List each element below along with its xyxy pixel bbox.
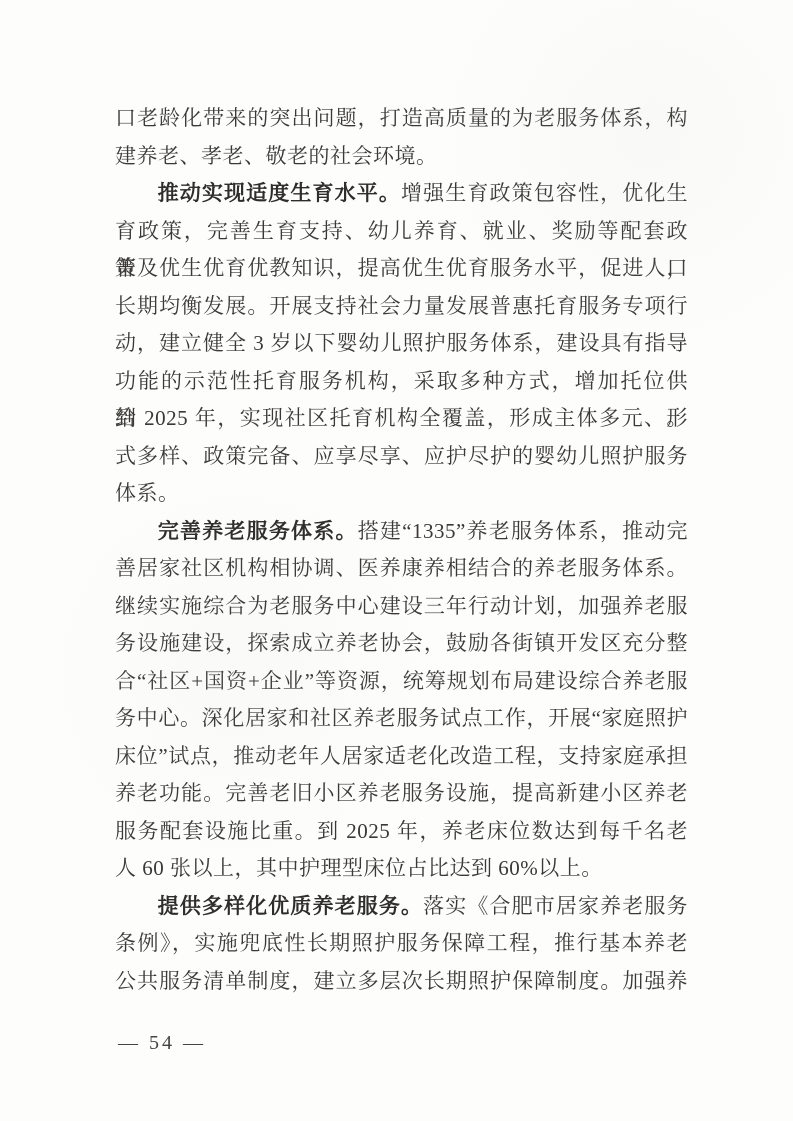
paragraph-indent xyxy=(115,199,157,200)
text-line: 长期均衡发展。开展支持社会力量发展普惠托育服务专项行 xyxy=(115,288,688,326)
text-line: 建养老、孝老、敬老的社会环境。 xyxy=(115,138,688,176)
text-line: 务中心。深化居家和社区养老服务试点工作，开展“家庭照护 xyxy=(115,700,688,738)
text-line: 人 60 张以上，其中护理型床位占比达到 60%以上。 xyxy=(115,850,688,888)
page-number: — 54 — xyxy=(118,1028,206,1058)
text-line: 育政策，完善生育支持、幼儿养育、就业、奖励等配套政策， xyxy=(115,213,688,251)
paragraph-lead: 完善养老服务体系。 xyxy=(157,519,358,543)
text-line: 善居家社区机构相协调、医养康养相结合的养老服务体系。 xyxy=(115,550,688,588)
paragraph-indent xyxy=(115,912,157,913)
text-line: 动，建立健全 3 岁以下婴幼儿照护服务体系，建设具有指导 xyxy=(115,325,688,363)
text-line: 普及优生优育优教知识，提高优生优育服务水平，促进人口 xyxy=(115,250,688,288)
text-line: 务设施建设，探索成立养老协会，鼓励各街镇开发区充分整 xyxy=(115,625,688,663)
paragraph-lead: 提供多样化优质养老服务。 xyxy=(157,894,423,918)
text-line: 床位”试点，推动老年人居家适老化改造工程，支持家庭承担 xyxy=(115,738,688,776)
text-line: 功能的示范性托育服务机构，采取多种方式，增加托位供给。 xyxy=(115,363,688,401)
text-line: 养老功能。完善老旧小区养老服务设施，提高新建小区养老 xyxy=(115,775,688,813)
text-line: 完善养老服务体系。搭建“1335”养老服务体系，推动完 xyxy=(115,513,688,551)
text-line: 式多样、政策完备、应享尽享、应护尽护的婴幼儿照护服务 xyxy=(115,438,688,476)
text-line: 公共服务清单制度，建立多层次长期照护保障制度。加强养 xyxy=(115,963,688,1001)
text-block: 口老龄化带来的突出问题，打造高质量的为老服务体系，构建养老、孝老、敬老的社会环境… xyxy=(115,100,688,1000)
text-line: 条例》，实施兜底性长期照护服务保障工程，推行基本养老 xyxy=(115,925,688,963)
text-line: 体系。 xyxy=(115,475,688,513)
text-line: 服务配套设施比重。到 2025 年，养老床位数达到每千名老 xyxy=(115,813,688,851)
text-line: 提供多样化优质养老服务。落实《合肥市居家养老服务 xyxy=(115,888,688,926)
paragraph-indent xyxy=(115,537,157,538)
text-line: 继续实施综合为老服务中心建设三年行动计划，加强养老服 xyxy=(115,588,688,626)
scanned-document-page: 口老龄化带来的突出问题，打造高质量的为老服务体系，构建养老、孝老、敬老的社会环境… xyxy=(0,0,793,1121)
paragraph-lead: 推动实现适度生育水平。 xyxy=(157,181,401,205)
text-line: 口老龄化带来的突出问题，打造高质量的为老服务体系，构 xyxy=(115,100,688,138)
text-line: 合“社区+国资+企业”等资源，统筹规划布局建设综合养老服 xyxy=(115,663,688,701)
text-line: 推动实现适度生育水平。增强生育政策包容性，优化生 xyxy=(115,175,688,213)
text-line: 到 2025 年，实现社区托育机构全覆盖，形成主体多元、形 xyxy=(115,400,688,438)
